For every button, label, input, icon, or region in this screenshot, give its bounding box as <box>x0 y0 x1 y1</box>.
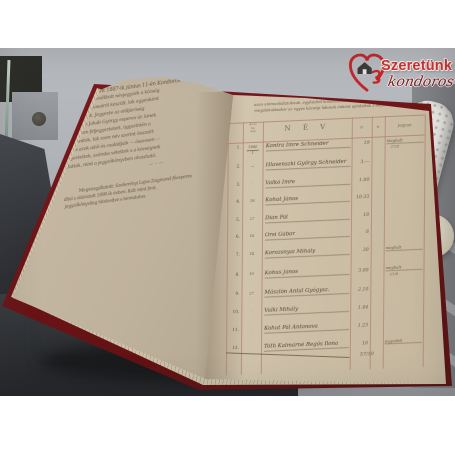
row-amount: 3.— <box>346 160 369 166</box>
row-note: meghalt <box>386 244 423 252</box>
row-note-2 <box>389 307 419 308</box>
row-name: Tóth Kalmárné Regős Ilona <box>264 340 349 352</box>
row-date-2 <box>245 296 257 297</box>
row-name: Korozsnyai Mihály <box>265 247 350 259</box>
row-amount: 2.10 <box>345 287 368 293</box>
row-number: 4. <box>227 200 240 206</box>
row-note <box>386 191 423 193</box>
row-note-2 <box>390 162 420 163</box>
row-name: Kohut János <box>265 194 350 206</box>
row-name: Valkó Imre <box>265 177 350 189</box>
row-date-2 <box>246 239 258 240</box>
row-number: 3. <box>227 183 240 189</box>
row-note <box>385 283 422 285</box>
row-amount: 3.00 <box>346 268 369 274</box>
row-date: · <box>242 309 260 314</box>
museum-photo: Az ide mellékelt 1887-ik június 11-én Ko… <box>0 48 455 396</box>
column-header-kr: kr <box>372 124 385 129</box>
column-header-note: Jegyzet <box>385 122 425 129</box>
shelf-hole <box>32 112 46 126</box>
row-note-2: 27/5 <box>391 143 421 149</box>
row-name: Örsi Gábor <box>265 229 350 241</box>
row-note-2 <box>390 215 420 216</box>
row-date: 18 <box>243 199 261 204</box>
row-date: 27 <box>242 291 260 296</box>
row-amount: 1.44 <box>345 305 368 311</box>
row-number: 9. <box>226 292 239 298</box>
row-date-2 <box>245 314 257 315</box>
row-date: — <box>244 164 262 169</box>
shelf-panel <box>12 92 58 140</box>
screenshot-canvas: Az ide mellékelt 1887-ik június 11-én Ko… <box>0 0 455 455</box>
row-note: jegyzőtől <box>385 337 422 345</box>
row-number: 10. <box>226 310 239 316</box>
row-amount: 6 <box>346 230 369 236</box>
row-number: 12. <box>226 346 239 352</box>
row-note <box>387 156 424 158</box>
row-name: Mászlón Antal Gyógysz. <box>264 286 349 298</box>
column-header-name: N É V <box>263 122 352 134</box>
row-note <box>385 319 422 321</box>
row-number: 7. <box>227 253 240 259</box>
row-date-2 <box>246 204 258 205</box>
row-date: · <box>242 345 260 350</box>
watermark-subtitle: kondoros <box>387 74 455 90</box>
row-note <box>386 226 423 228</box>
row-name: Dián Pál <box>265 212 350 224</box>
row-number: 6. <box>227 235 240 241</box>
watermark-title: Szeretünk <box>381 58 452 74</box>
row-number: 11. <box>226 328 239 334</box>
row-note-2: 27/9 <box>389 270 419 276</box>
row-note-2 <box>389 325 419 326</box>
row-note-2 <box>390 232 420 233</box>
row-number: 8. <box>227 273 240 279</box>
row-name: Kohus János <box>265 267 350 279</box>
row-date: 1846 <box>244 145 262 150</box>
row-amount: 10.33 <box>346 195 369 201</box>
row-number: 1. <box>228 146 241 152</box>
row-amount: 30 <box>346 248 369 254</box>
row-date: · <box>243 182 261 187</box>
row-amount: 18 <box>346 213 369 219</box>
row-note <box>386 174 423 176</box>
row-date-2 <box>246 277 258 278</box>
row-name: Valki Mihály <box>264 304 349 316</box>
row-name: Hlavenszki György Schneider <box>266 159 351 171</box>
row-date-2 <box>245 332 257 333</box>
row-note-2 <box>389 289 419 290</box>
row-date: 27 <box>243 217 261 222</box>
row-date: · <box>242 327 260 332</box>
row-date-2 <box>246 222 258 223</box>
watermark-logo: Szeretünk kondoros <box>348 50 455 104</box>
column-header-date: Az év hó nap <box>243 123 263 135</box>
row-date-2 <box>246 257 258 258</box>
column-header-frt: frt <box>352 125 372 130</box>
row-date: 14 <box>243 252 261 257</box>
row-number: 2. <box>228 165 241 171</box>
row-date: 16 <box>243 234 261 239</box>
row-amount: 1.80 <box>346 178 369 184</box>
row-note <box>385 301 422 303</box>
row-amount: 1.23 <box>345 323 368 329</box>
row-date-2 <box>247 169 259 170</box>
row-note <box>386 209 423 211</box>
row-date-2 <box>246 187 258 188</box>
row-name: Kohut Pál Antonova <box>264 322 349 334</box>
row-note-2 <box>390 197 420 198</box>
row-date: 19 <box>243 272 261 277</box>
row-number: 5. <box>227 218 240 224</box>
row-amount: 19 <box>347 141 370 147</box>
row-amount: 10 <box>345 341 368 347</box>
row-date-2 <box>245 350 257 351</box>
row-note-2 <box>390 180 420 181</box>
row-date-2: 1 <box>247 150 259 156</box>
